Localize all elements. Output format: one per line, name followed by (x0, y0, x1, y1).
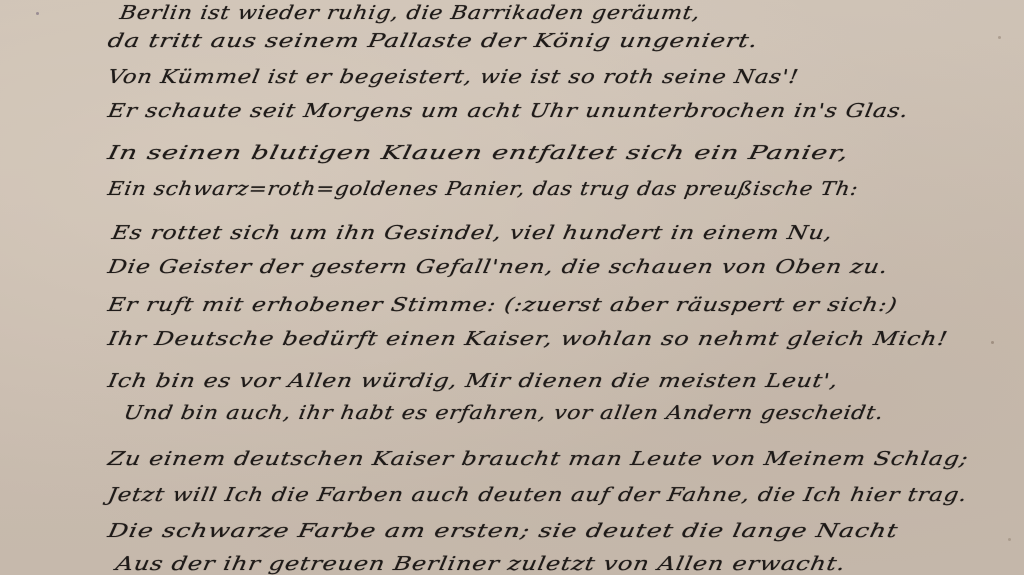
manuscript-line: Er ruft mit erhobener Stimme: (:zuerst a… (106, 294, 899, 316)
ink-speck (36, 12, 39, 15)
manuscript-line: Und bin auch, ihr habt es erfahren, vor … (122, 402, 885, 424)
manuscript-line: In seinen blutigen Klauen entfaltet sich… (106, 142, 851, 164)
ink-speck (991, 341, 994, 344)
manuscript-line: Es rottet sich um ihn Gesindel, viel hun… (110, 222, 834, 244)
manuscript-line: Ein schwarz=roth=goldenes Panier, das tr… (106, 178, 860, 200)
manuscript-line: Von Kümmel ist er begeistert, wie ist so… (106, 66, 800, 88)
manuscript-line: Die schwarze Farbe am ersten; sie deutet… (106, 520, 900, 542)
ink-speck (1008, 538, 1011, 541)
manuscript-line: Jetzt will Ich die Farben auch deuten au… (106, 484, 969, 506)
manuscript-line: Ich bin es vor Allen würdig, Mir dienen … (106, 370, 840, 392)
manuscript-page: Berlin ist wieder ruhig, die Barrikaden … (0, 0, 1024, 575)
manuscript-line: Die Geister der gestern Gefall'nen, die … (106, 256, 890, 278)
manuscript-line: Berlin ist wieder ruhig, die Barrikaden … (118, 2, 702, 24)
manuscript-line: Aus der ihr getreuen Berliner zuletzt vo… (114, 553, 847, 575)
manuscript-line: Zu einem deutschen Kaiser braucht man Le… (106, 448, 970, 470)
manuscript-line: Er schaute seit Morgens um acht Uhr unun… (106, 100, 910, 122)
ink-speck (998, 36, 1001, 39)
manuscript-line: Ihr Deutsche bedürft einen Kaiser, wohla… (106, 328, 950, 350)
manuscript-line: da tritt aus seinem Pallaste der König u… (106, 30, 760, 52)
